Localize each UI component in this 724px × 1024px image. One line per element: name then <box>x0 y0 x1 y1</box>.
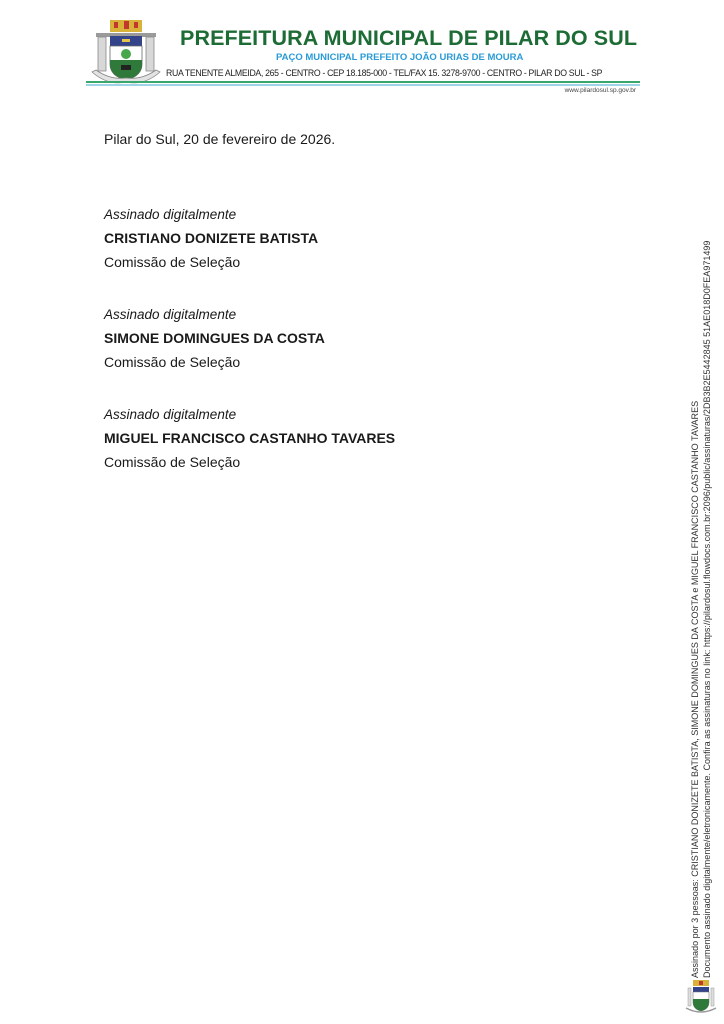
header-divider-green <box>86 81 640 83</box>
signed-label: Assinado digitalmente <box>104 407 395 422</box>
date-line: Pilar do Sul, 20 de fevereiro de 2026. <box>104 131 335 147</box>
header-divider-blue <box>86 84 640 86</box>
signer-name: CRISTIANO DONIZETE BATISTA <box>104 230 318 246</box>
signer-role: Comissão de Seleção <box>104 354 325 370</box>
stamp-verification-link[interactable]: Documento assinado digitalmente/eletroni… <box>702 202 714 978</box>
letterhead-title: PREFEITURA MUNICIPAL DE PILAR DO SUL <box>180 26 637 51</box>
coat-of-arms-icon <box>90 20 162 88</box>
signature-block: Assinado digitalmente CRISTIANO DONIZETE… <box>104 207 318 270</box>
stamp-signers-line: Assinado por 3 pessoas: CRISTIANO DONIZE… <box>690 202 702 978</box>
signature-block: Assinado digitalmente MIGUEL FRANCISCO C… <box>104 407 395 470</box>
letterhead-address: RUA TENENTE ALMEIDA, 265 - CENTRO - CEP … <box>166 67 602 78</box>
coat-of-arms-small-icon <box>684 980 718 1016</box>
signed-label: Assinado digitalmente <box>104 307 325 322</box>
signature-verification-stamp: Assinado por 3 pessoas: CRISTIANO DONIZE… <box>690 178 713 978</box>
signer-role: Comissão de Seleção <box>104 254 318 270</box>
signer-role: Comissão de Seleção <box>104 454 395 470</box>
signature-block: Assinado digitalmente SIMONE DOMINGUES D… <box>104 307 325 370</box>
signed-label: Assinado digitalmente <box>104 207 318 222</box>
letterhead-website: www.pilardosul.sp.gov.br <box>565 87 636 94</box>
letterhead-subtitle: PAÇO MUNICIPAL PREFEITO JOÃO URIAS DE MO… <box>276 52 523 63</box>
signer-name: SIMONE DOMINGUES DA COSTA <box>104 330 325 346</box>
letterhead: PREFEITURA MUNICIPAL DE PILAR DO SUL PAÇ… <box>86 18 640 98</box>
signer-name: MIGUEL FRANCISCO CASTANHO TAVARES <box>104 430 395 446</box>
